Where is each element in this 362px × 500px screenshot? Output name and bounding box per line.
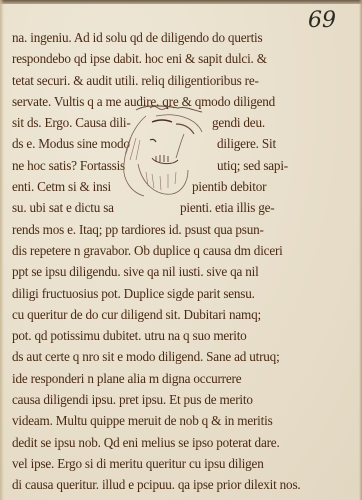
text-block: na. ingeniu. Ad id solu qd de diligendo … <box>12 27 312 496</box>
text-line: ide responderi n plane alia m digna occu… <box>12 368 312 389</box>
text-line: dedit se ipsu nob. Qd eni melius se ipso… <box>12 432 312 453</box>
text-line: videam. Multu quippe meruit de nob q & i… <box>12 410 312 431</box>
text-line: ppt se ipsu diligendu. sive qa nil iusti… <box>12 261 312 282</box>
text-line-left: ne hoc satis? Fortassis <box>12 155 125 176</box>
text-line: di causa queritur. illud e pcipuu. qa ip… <box>12 474 312 495</box>
text-line: ds aut certe q nro sit e modo diligend. … <box>12 346 312 367</box>
text-line-right: pienti. etia illis ge- <box>180 197 274 218</box>
text-line-left: ds e. Modus sine modo <box>12 133 130 154</box>
text-line: respondebo qd ipse dabit. hoc eni & sapi… <box>12 48 312 69</box>
text-line-right: utiq; sed sapi- <box>217 155 288 176</box>
text-line: cu queritur de do cur diligend sit. Dubi… <box>12 304 312 325</box>
page-top-edge <box>0 0 362 4</box>
text-line: causa diligendi ipsu. pret ipsu. Et pus … <box>12 389 312 410</box>
text-line: pot. qd potissimu dubitet. utru na q suo… <box>12 325 312 346</box>
text-line-left: sit ds. Ergo. Causa dili- <box>12 112 131 133</box>
text-line-left: enti. Cetm si & insi <box>12 176 111 197</box>
text-line: tetat securi. & audit utili. reliq dilig… <box>12 70 312 91</box>
manuscript-page: 69 na. ingeniu. Ad id solu qd de diligen… <box>0 0 362 500</box>
text-line: na. ingeniu. Ad id solu qd de diligendo … <box>12 27 312 48</box>
text-line: vel ipse. Ergo si di meritu queritur cu … <box>12 453 312 474</box>
text-line: rends mos e. Itaq; pp tardiores id. psus… <box>12 219 312 240</box>
text-line-split: su. ubi sat e dictu sa pienti. etia illi… <box>12 197 312 218</box>
folio-number: 69 <box>308 8 336 33</box>
bearded-face-sketch-icon <box>116 104 214 200</box>
text-line-right: gendi deu. <box>212 112 265 133</box>
text-line: dis repetere n gravabor. Ob duplice q ca… <box>12 240 312 261</box>
text-line-right: diligere. Sit <box>217 133 276 154</box>
text-line-left: su. ubi sat e dictu sa <box>12 197 114 218</box>
text-line: diligi fructuosius pot. Duplice sigde pa… <box>12 283 312 304</box>
page-left-edge <box>0 0 4 500</box>
